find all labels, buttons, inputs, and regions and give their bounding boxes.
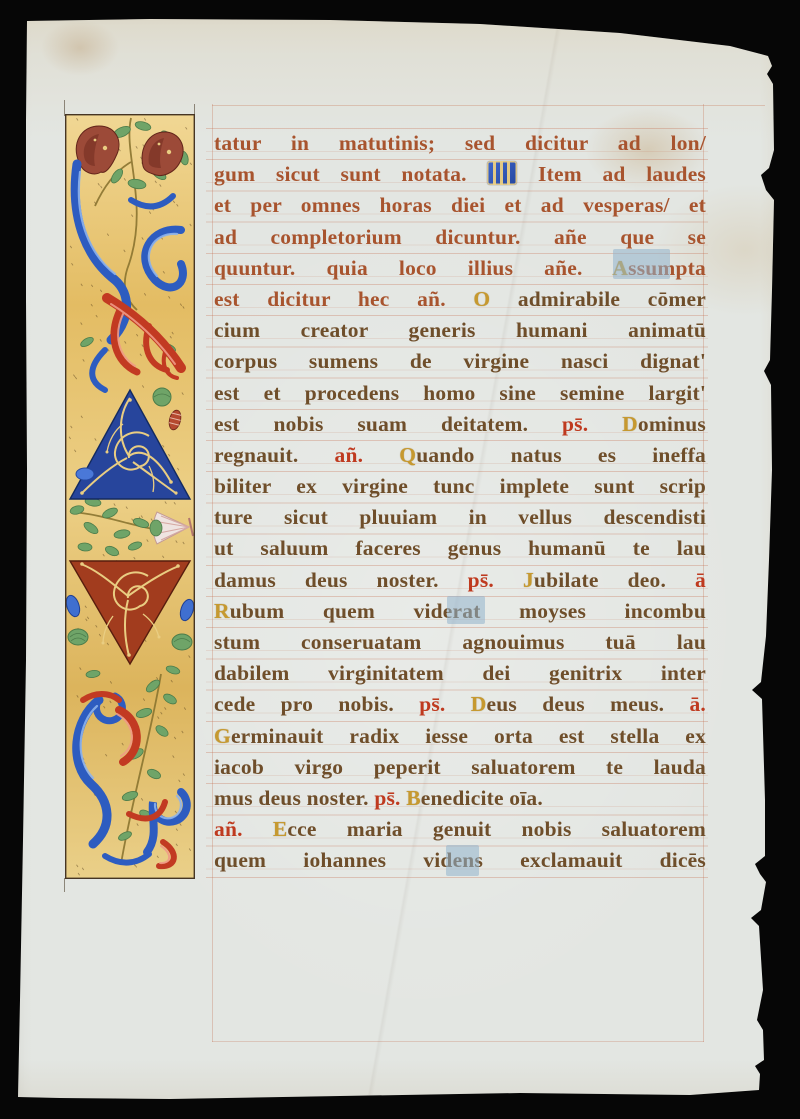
- text-line-23: añ. Ecce maria genuit nobis saluatorem: [214, 814, 706, 845]
- text-segment: D: [471, 692, 487, 716]
- text-segment: est et procedens homo sine semine largit…: [214, 381, 706, 405]
- text-segment: uando natus es ineffa: [416, 443, 706, 467]
- text-segment: gum sicut sunt notata.: [214, 162, 487, 186]
- text-segment: Q: [399, 443, 416, 467]
- border-panel-art: [65, 114, 195, 879]
- text-segment: ubilate deo.: [534, 568, 695, 592]
- text-segment: ut saluum faceres genus humanū te lau: [214, 536, 706, 560]
- manuscript-leaf: tatur in matutinis; sed dicitur ad lon/g…: [0, 0, 800, 1119]
- text-line-8: corpus sumens de virgine nasci dignat': [214, 346, 706, 377]
- text-segment: ad completorium dicuntur. añe que se: [214, 225, 706, 249]
- panel-guide-line: [64, 878, 65, 892]
- ruling-line-vertical-left: [212, 104, 213, 1042]
- text-line-11: regnauit. añ. Quando natus es ineffa: [214, 440, 706, 471]
- text-line-10: est nobis suam deitatem. ps̄. Dominus: [214, 409, 706, 440]
- text-segment: corpus sumens de virgine nasci dignat': [214, 349, 706, 373]
- blue-wash-patch: [613, 249, 670, 279]
- text-segment: J: [523, 568, 534, 592]
- photo-background: tatur in matutinis; sed dicitur ad lon/g…: [0, 0, 800, 1119]
- text-segment: stum conseruatam agnouimus tuā lau: [214, 630, 706, 654]
- text-segment: ps̄.: [562, 412, 622, 436]
- text-line-19: cede pro nobis. ps̄. Deus deus meus. ā.: [214, 689, 706, 720]
- text-line-1: tatur in matutinis; sed dicitur ad lon/: [214, 128, 706, 159]
- blue-side-bud: [76, 468, 94, 480]
- text-line-14: ut saluum faceres genus humanū te lau: [214, 533, 706, 564]
- text-segment: iacob virgo peperit saluatorem te lauda: [214, 755, 706, 779]
- text-segment: añ.: [335, 443, 400, 467]
- text-line-18: dabilem virginitatem dei genitrix inter: [214, 658, 706, 689]
- text-line-17: stum conseruatam agnouimus tuā lau: [214, 627, 706, 658]
- ruling-line-top: [212, 105, 765, 106]
- text-segment: erminauit radix iesse orta est stella ex: [231, 724, 706, 748]
- text-segment: et per omnes horas diei et ad vesperas/ …: [214, 193, 706, 217]
- text-segment: ps̄.: [374, 786, 406, 810]
- text-segment: dabilem virginitatem dei genitrix inter: [214, 661, 706, 685]
- text-segment: R: [214, 599, 230, 623]
- ruling-line-bottom: [212, 1041, 704, 1042]
- text-segment: E: [273, 817, 288, 841]
- text-segment: eus deus meus.: [486, 692, 689, 716]
- text-segment: G: [214, 724, 231, 748]
- text-segment: admirabile cōmer: [490, 287, 706, 311]
- latin-text-block: tatur in matutinis; sed dicitur ad lon/g…: [214, 128, 706, 877]
- text-segment: damus deus noster.: [214, 568, 468, 592]
- text-line-12: biliter ex virgine tunc implete sunt scr…: [214, 471, 706, 502]
- text-segment: añ.: [214, 817, 273, 841]
- text-segment: est dicitur hec añ.: [214, 287, 473, 311]
- text-line-3: et per omnes horas diei et ad vesperas/ …: [214, 190, 706, 221]
- text-segment: ps̄.: [419, 692, 471, 716]
- text-line-6: est dicitur hec añ. O admirabile cōmer: [214, 284, 706, 315]
- text-segment: quuntur. quia loco illius añe.: [214, 256, 612, 280]
- text-segment: Item ad laudes: [517, 162, 706, 186]
- blue-wash-patch: [446, 845, 479, 876]
- text-segment: enedicite oīa.: [421, 786, 543, 810]
- text-line-22: mus deus noster. ps̄. Benedicite oīa.: [214, 783, 706, 814]
- text-line-13: ture sicut pluuiam in vellus descendisti: [214, 502, 706, 533]
- text-segment: cium creator generis humani animatū: [214, 318, 706, 342]
- text-line-21: iacob virgo peperit saluatorem te lauda: [214, 752, 706, 783]
- text-line-15: damus deus noster. ps̄. Jubilate deo. ā: [214, 565, 706, 596]
- text-segment: O: [473, 287, 490, 311]
- text-segment: B: [406, 786, 421, 810]
- text-segment: D: [622, 412, 638, 436]
- text-segment: ps̄.: [468, 568, 523, 592]
- text-segment: mus deus noster.: [214, 786, 374, 810]
- text-line-2: gum sicut sunt notata. Item ad laudes: [214, 159, 706, 190]
- text-segment: ā: [695, 568, 706, 592]
- text-line-20: Germinauit radix iesse orta est stella e…: [214, 721, 706, 752]
- blue-wash-patch: [447, 596, 485, 624]
- text-line-7: cium creator generis humani animatū: [214, 315, 706, 346]
- text-line-9: est et procedens homo sine semine largit…: [214, 378, 706, 409]
- illuminated-border-panel: [65, 114, 195, 879]
- text-segment: tatur in matutinis; sed dicitur ad lon/: [214, 131, 706, 155]
- text-segment: regnauit.: [214, 443, 335, 467]
- text-segment: ominus: [638, 412, 706, 436]
- text-segment: ā.: [689, 692, 706, 716]
- line-filler-ornament: [487, 161, 517, 185]
- text-segment: est nobis suam deitatem.: [214, 412, 562, 436]
- text-segment: biliter ex virgine tunc implete sunt scr…: [214, 474, 706, 498]
- text-segment: cce maria genuit nobis saluatorem: [287, 817, 706, 841]
- text-segment: ture sicut pluuiam in vellus descendisti: [214, 505, 706, 529]
- text-segment: cede pro nobis.: [214, 692, 419, 716]
